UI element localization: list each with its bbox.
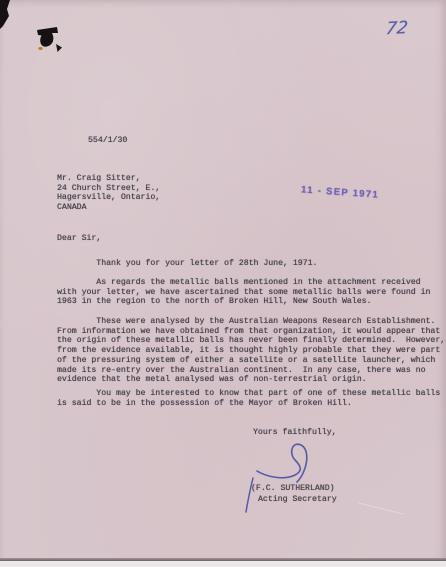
salutation: Dear Sir,	[57, 234, 101, 244]
signature-flourish	[257, 444, 307, 482]
scan-background-strip	[0, 561, 446, 567]
paragraph-1: Thank you for your letter of 28th June, …	[57, 259, 317, 269]
signatory-title: Acting Secretary	[258, 495, 337, 505]
orange-speck	[38, 47, 42, 50]
signatory-name: (F.C. SUTHERLAND)	[251, 484, 335, 494]
closing-valediction: Yours faithfully,	[253, 428, 337, 438]
handwritten-page-number: 72	[385, 17, 431, 39]
corner-tear-mark	[0, 0, 10, 29]
ink-blot-speck	[56, 44, 62, 52]
paragraph-4: You may be interested to know that part …	[57, 389, 440, 408]
letter-page: 72 554/1/30 Mr. Craig Sitter, 24 Church …	[0, 0, 446, 567]
recipient-address: Mr. Craig Sitter, 24 Church Street, E., …	[57, 174, 160, 213]
paragraph-3: These were analysed by the Australian We…	[57, 317, 445, 385]
date-received-stamp: 11 - SEP 1971	[301, 184, 380, 200]
reference-number: 554/1/30	[88, 136, 127, 146]
ink-blot-marks	[0, 0, 70, 60]
paper-crease	[359, 502, 404, 514]
paragraph-2: As regards the metallic balls mentioned …	[57, 278, 430, 307]
signature-ink	[235, 438, 325, 518]
ink-blot-main	[37, 27, 58, 47]
